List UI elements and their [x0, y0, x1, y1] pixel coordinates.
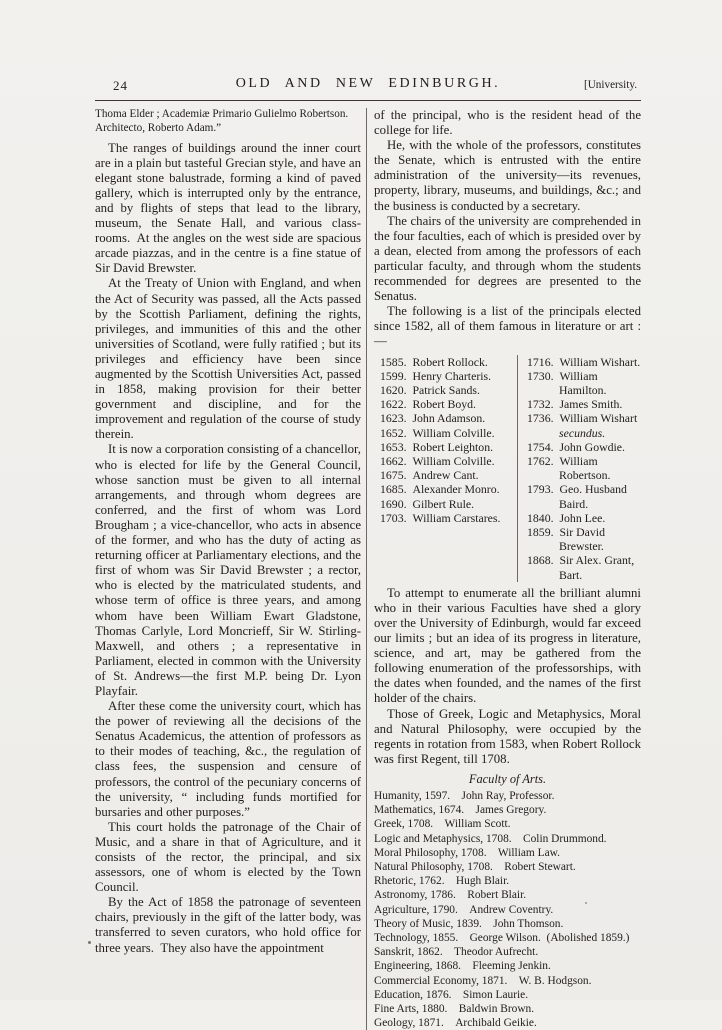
faculty-entry: Commercial Economy, 1871. W. B. Hodgson. — [374, 974, 641, 988]
faculty-entry: Theory of Music, 1839. John Thomson. — [374, 917, 641, 931]
principal-entry: 1793. Geo. Husband Baird. — [527, 482, 641, 510]
faculty-heading: Faculty of Arts. — [374, 772, 641, 787]
principal-entry: 1620. Patrick Sands. — [380, 383, 517, 397]
principal-entry: 1840. John Lee. — [527, 511, 641, 525]
faculty-entry: Logic and Metaphysics, 1708. Colin Drumm… — [374, 832, 641, 846]
principal-entry: 1703. William Carstares. — [380, 511, 517, 525]
paragraph: It is now a corporation consisting of a … — [95, 442, 361, 699]
paragraph: After these come the university court, w… — [95, 699, 361, 820]
principals-list: 1585. Robert Rollock. 1599. Henry Charte… — [380, 355, 641, 582]
principal-entry: 1690. Gilbert Rule. — [380, 497, 517, 511]
principal-entry: 1754. John Gowdie. — [527, 440, 641, 454]
running-title: OLD AND NEW EDINBURGH. — [95, 76, 641, 92]
page-header: 24 OLD AND NEW EDINBURGH. [University. — [95, 76, 641, 96]
paragraph: By the Act of 1858 the patronage of seve… — [95, 895, 361, 955]
principal-entry-italic: secundus. — [559, 426, 605, 440]
principal-entry: 1653. Robert Leighton. — [380, 440, 517, 454]
header-rule — [95, 100, 641, 101]
faculty-entry: Rhetoric, 1762. Hugh Blair. — [374, 874, 641, 888]
paragraph: Those of Greek, Logic and Metaphysics, M… — [374, 707, 641, 767]
principal-entry: 1736. William Wishart secundus. — [527, 411, 641, 439]
faculty-entry: Greek, 1708. William Scott. — [374, 817, 641, 831]
paragraph: At the Treaty of Union with England, and… — [95, 276, 361, 442]
principal-entry: 1623. John Adamson. — [380, 411, 517, 425]
inscription-continuation: Thoma Elder ; Academiæ Primario Gulielmo… — [95, 108, 361, 136]
scan-speck — [88, 941, 91, 944]
paragraph: The following is a list of the principal… — [374, 304, 641, 349]
faculty-entry: Agriculture, 1790. Andrew Coventry. — [374, 903, 641, 917]
principal-entry: 1762. William Robertson. — [527, 454, 641, 482]
faculty-list: Humanity, 1597. John Ray, Professor. Mat… — [374, 789, 641, 1000]
faculty-entry: Astronomy, 1786. Robert Blair. — [374, 888, 641, 902]
scan-speck — [585, 902, 587, 904]
left-column: Thoma Elder ; Academiæ Primario Gulielmo… — [95, 108, 361, 1000]
paragraph: To attempt to enumerate all the brillian… — [374, 586, 641, 707]
text-columns: Thoma Elder ; Academiæ Primario Gulielmo… — [95, 108, 641, 1000]
principal-entry: 1859. Sir David Brewster. — [527, 525, 641, 553]
faculty-entry: Sanskrit, 1862. Theodor Aufrecht. — [374, 945, 641, 959]
principal-entry: 1599. Henry Charteris. — [380, 369, 517, 383]
principal-entry: 1685. Alexander Monro. — [380, 482, 517, 496]
principal-entry: 1675. Andrew Cant. — [380, 468, 517, 482]
principals-column-1: 1585. Robert Rollock. 1599. Henry Charte… — [380, 355, 517, 582]
faculty-entry: Education, 1876. Simon Laurie. — [374, 988, 641, 1000]
right-column: of the principal, who is the resident he… — [366, 108, 641, 1000]
principal-entry: 1662. William Colville. — [380, 454, 517, 468]
section-marker: [University. — [584, 79, 637, 91]
principal-entry: 1868. Sir Alex. Grant, Bart. — [527, 553, 641, 581]
principals-column-2: 1716. William Wishart. 1730. William Ham… — [517, 355, 641, 582]
paragraph: He, with the whole of the professors, co… — [374, 138, 641, 213]
paragraph: This court holds the patronage of the Ch… — [95, 820, 361, 895]
principal-entry: 1730. William Hamilton. — [527, 369, 641, 397]
principal-entry: 1732. James Smith. — [527, 397, 641, 411]
principal-entry: 1585. Robert Rollock. — [380, 355, 517, 369]
principal-entry: 1716. William Wishart. — [527, 355, 641, 369]
faculty-entry: Moral Philosophy, 1708. William Law. — [374, 846, 641, 860]
principal-entry: 1652. William Colville. — [380, 426, 517, 440]
faculty-entry: Technology, 1855. George Wilson. (Abolis… — [374, 931, 641, 945]
faculty-entry: Engineering, 1868. Fleeming Jenkin. — [374, 959, 641, 973]
principal-entry-text: 1736. William Wishart — [527, 411, 637, 425]
faculty-entry: Mathematics, 1674. James Gregory. — [374, 803, 641, 817]
book-page: 24 OLD AND NEW EDINBURGH. [University. T… — [0, 0, 722, 1000]
paragraph: The chairs of the university are compreh… — [374, 214, 641, 305]
paragraph: The ranges of buildings around the inner… — [95, 141, 361, 277]
faculty-entry: Natural Philosophy, 1708. Robert Stewart… — [374, 860, 641, 874]
principal-entry: 1622. Robert Boyd. — [380, 397, 517, 411]
faculty-entry: Humanity, 1597. John Ray, Professor. — [374, 789, 641, 803]
paragraph-continuation: of the principal, who is the resident he… — [374, 108, 641, 138]
